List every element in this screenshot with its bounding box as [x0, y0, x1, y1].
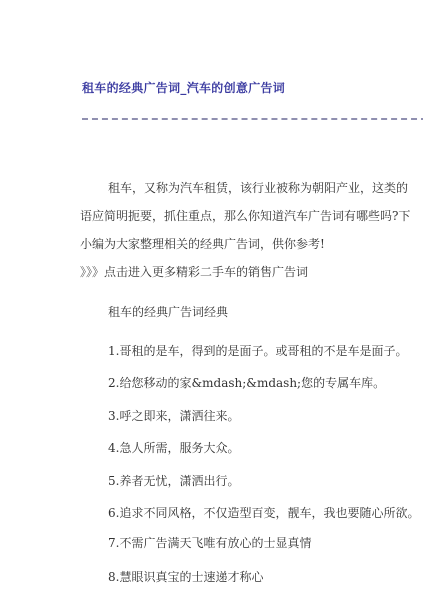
document-page: 租车的经典广告词_汽车的创意广告词 租车，又称为汽车租赁，该行业被称为朝阳产业，…	[0, 0, 423, 600]
list-item-5: 5.养者无忧，潇洒出行。	[108, 473, 239, 489]
intro-line-1: 租车，又称为汽车租赁，该行业被称为朝阳产业，这类的	[108, 180, 408, 196]
list-item-2: 2.给您移动的家&mdash;&mdash;您的专属车库。	[108, 375, 385, 391]
list-item-7: 7.不需广告满天飞唯有放心的士显真情	[108, 535, 311, 551]
related-link[interactable]: 》》》点击进入更多精彩二手车的销售广告词	[80, 264, 308, 280]
dashed-divider	[82, 118, 423, 120]
article-title: 租车的经典广告词_汽车的创意广告词	[82, 79, 285, 96]
list-item-6: 6.追求不同风格，不仅造型百变，靓车，我也要随心所欲。	[108, 505, 419, 521]
list-item-4: 4.急人所需，服务大众。	[108, 440, 239, 456]
list-item-8: 8.慧眼识真宝的士速递才称心	[108, 569, 263, 585]
intro-line-2: 语应简明扼要，抓住重点，那么你知道汽车广告词有哪些吗?下	[80, 208, 410, 224]
section-heading: 租车的经典广告词经典	[108, 304, 228, 320]
list-item-3: 3.呼之即来，潇洒往来。	[108, 408, 239, 424]
intro-line-3: 小编为大家整理相关的经典广告词，供你参考!	[80, 236, 325, 252]
list-item-1: 1.哥租的是车，得到的是面子。或哥租的不是车是面子。	[108, 343, 407, 359]
